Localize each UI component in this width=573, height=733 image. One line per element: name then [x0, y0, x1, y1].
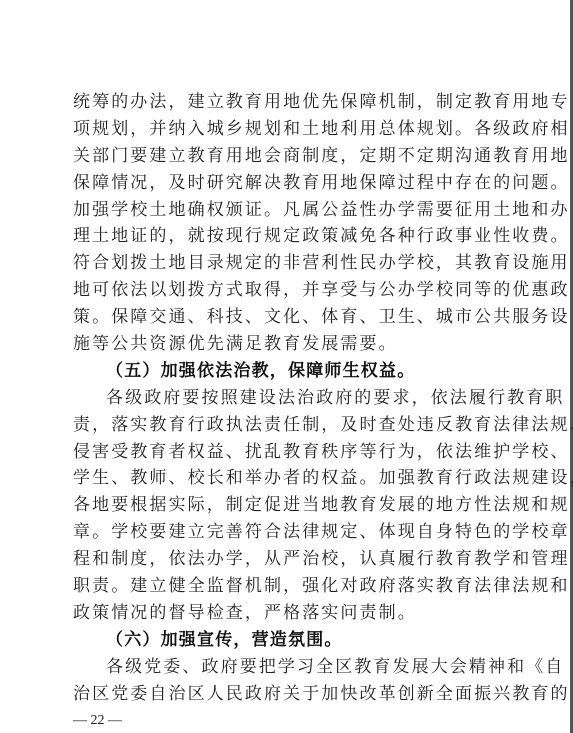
- body-line: 侵害受教育者权益、扰乱教育秩序等行为，依法维护学校、: [73, 439, 497, 466]
- document-page: 统筹的办法，建立教育用地优先保障机制，制定教育用地专 项规划，并纳入城乡规划和土…: [0, 0, 573, 733]
- body-line: 关部门要建立教育用地会商制度，定期不定期沟通教育用地: [73, 143, 497, 170]
- body-line: 统筹的办法，建立教育用地优先保障机制，制定教育用地专: [73, 89, 497, 116]
- body-line: 章。学校要建立完善符合法律规定、体现自身特色的学校章: [73, 519, 497, 546]
- section-heading-6: （六）加强宣传，营造氛围。: [73, 627, 497, 654]
- body-line: 职责。建立健全监督机制，强化对政府落实教育法律法规和: [73, 573, 497, 600]
- paragraph-first-line: 各级政府要按照建设法治政府的要求，依法履行教育职: [73, 385, 497, 412]
- body-line: 符合划拨土地目录规定的非营利性民办学校，其教育设施用: [73, 250, 497, 277]
- body-line: 施等公共资源优先满足教育发展需要。: [73, 331, 497, 358]
- paragraph-first-line: 各级党委、政府要把学习全区教育发展大会精神和《自: [73, 654, 497, 681]
- document-body: 统筹的办法，建立教育用地优先保障机制，制定教育用地专 项规划，并纳入城乡规划和土…: [73, 89, 497, 707]
- body-line: 保障情况，及时研究解决教育用地保障过程中存在的问题。: [73, 170, 497, 197]
- body-line: 政策情况的督导检查，严格落实问责制。: [73, 600, 497, 627]
- page-number: — 22 —: [73, 711, 122, 731]
- body-line: 策。保障交通、科技、文化、体育、卫生、城市公共服务设: [73, 304, 497, 331]
- body-line: 地可依法以划拨方式取得，并享受与公办学校同等的优惠政: [73, 277, 497, 304]
- body-line: 程和制度，依法办学，从严治校，认真履行教育教学和管理: [73, 546, 497, 573]
- body-line: 加强学校土地确权颁证。凡属公益性办学需要征用土地和办: [73, 197, 497, 224]
- body-line: 理土地证的，就按现行规定政策减免各种行政事业性收费。: [73, 223, 497, 250]
- body-line: 各地要根据实际，制定促进当地教育发展的地方性法规和规: [73, 492, 497, 519]
- body-line: 责，落实教育行政执法责任制，及时查处违反教育法律法规、: [73, 412, 497, 439]
- body-line: 项规划，并纳入城乡规划和土地利用总体规划。各级政府相: [73, 116, 497, 143]
- body-line: 学生、教师、校长和举办者的权益。加强教育行政法规建设，: [73, 465, 497, 492]
- body-line: 治区党委自治区人民政府关于加快改革创新全面振兴教育的: [73, 681, 497, 708]
- section-heading-5: （五）加强依法治教，保障师生权益。: [73, 358, 497, 385]
